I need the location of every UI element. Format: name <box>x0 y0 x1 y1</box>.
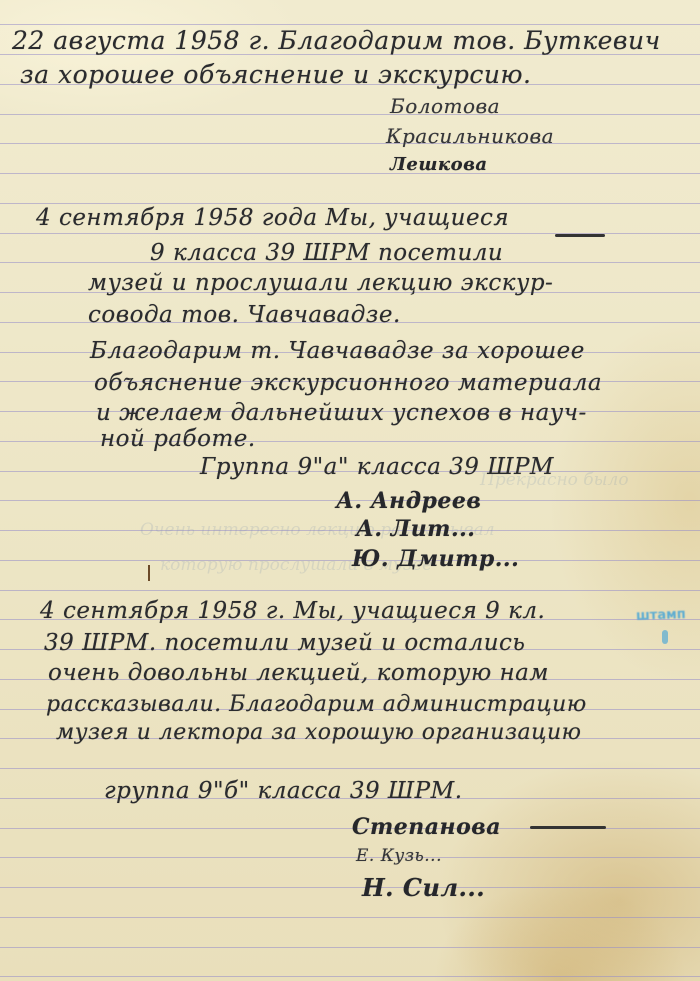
entry-3-line-5: музея и лектора за хорошую организацию <box>56 722 581 744</box>
entry-2-line-2: 9 класса 39 ШРМ посетили <box>150 242 503 265</box>
entry-3-line-3: очень довольны лекцией, которую нам <box>48 662 549 685</box>
signature-3: Ю. Дмитр... <box>352 548 519 570</box>
signature-2: А. Лит... <box>356 518 475 540</box>
guestbook-page: Прекрасно было Очень интересно лекцию ра… <box>0 0 700 981</box>
underline-dash <box>555 234 605 237</box>
entry-2-line-5: Благодарим т. Чавчавадзе за хорошее <box>90 340 585 363</box>
blue-stamp: штамп <box>636 607 686 624</box>
ruled-line <box>0 143 700 144</box>
signature-dash <box>530 826 606 829</box>
entry-3-line-2: 39 ШРМ. посетили музей и остались <box>44 632 525 655</box>
entry-2-line-1: 4 сентября 1958 года Мы, учащиеся <box>36 207 509 230</box>
entry-2-line-3: музей и прослушали лекцию экскур- <box>88 272 553 295</box>
entry-3-group: группа 9"б" класса 39 ШРМ. <box>104 780 463 803</box>
ruled-line <box>0 857 700 858</box>
signature-4: Е. Кузь... <box>356 848 442 865</box>
entry-1-line-1: 22 августа 1958 г. Благодарим тов. Бутке… <box>12 28 661 53</box>
ruled-line <box>0 24 700 25</box>
signature-krasilnikova: Красильникова <box>386 126 554 146</box>
ruled-line <box>0 590 700 591</box>
entry-2-line-7: и желаем дальнейших успехов в науч- <box>96 402 587 425</box>
ruled-line <box>0 203 700 204</box>
ruled-line <box>0 114 700 115</box>
entry-2-group: Группа 9"а" класса 39 ШРМ <box>200 456 554 479</box>
entry-1-line-2: за хорошее объяснение и экскурсию. <box>20 62 531 87</box>
signature-andreev: А. Андреев <box>336 490 481 512</box>
ruled-line <box>0 976 700 977</box>
blue-stamp-mark <box>662 630 668 644</box>
ruled-line <box>0 917 700 918</box>
signature-bolotova: Болотова <box>390 96 500 116</box>
entry-3-line-4: рассказывали. Благодарим администрацию <box>46 694 587 716</box>
ruled-line <box>0 887 700 888</box>
entry-2-line-6: объяснение экскурсионного материала <box>94 372 602 395</box>
entry-2-line-4: совода тов. Чавчавадзе. <box>88 304 401 327</box>
ruled-line <box>0 173 700 174</box>
pencil-mark <box>148 565 150 581</box>
ruled-line <box>0 947 700 948</box>
ruled-line <box>0 768 700 769</box>
entry-2-line-8: ной работе. <box>100 428 256 451</box>
entry-3-line-1: 4 сентября 1958 г. Мы, учащиеся 9 кл. <box>40 600 545 623</box>
signature-stepanova: Степанова <box>352 816 501 838</box>
signature-5: Н. Сил... <box>362 876 485 900</box>
signature-leshkova: Лешкова <box>390 156 488 174</box>
